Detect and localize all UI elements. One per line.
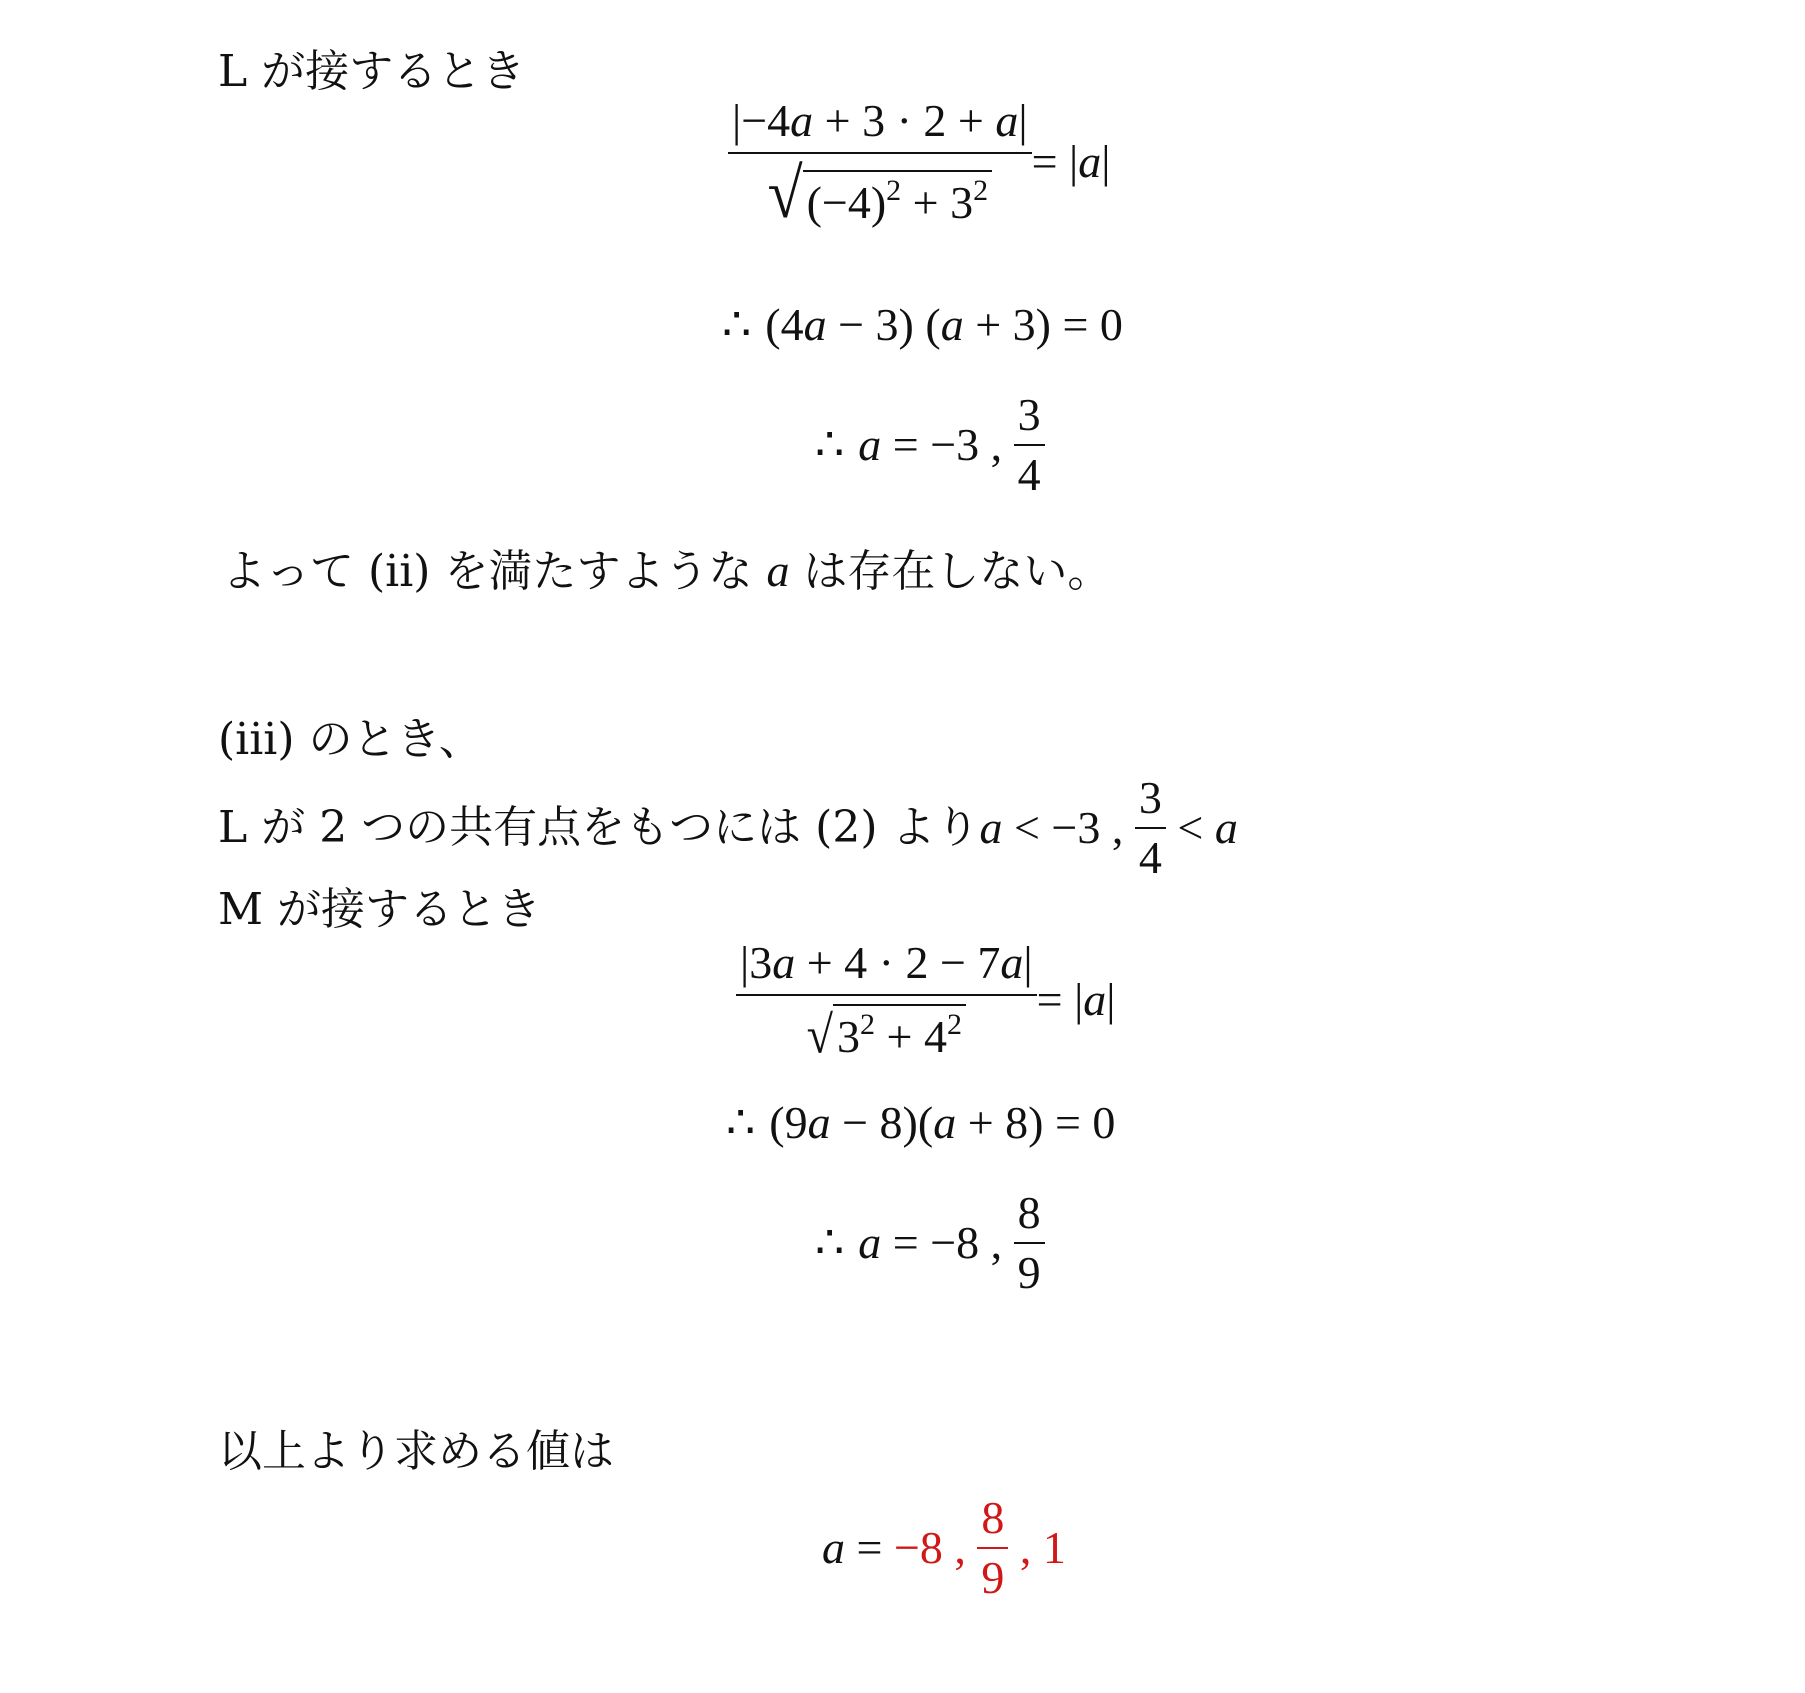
distance-equation-l: |−4a + 3 · 2 + a| √(−4)2 + 32 = |a| xyxy=(728,98,1110,226)
fraction-3-4: 34 xyxy=(1135,775,1166,881)
answer-value-1: , 1 xyxy=(1008,1525,1066,1571)
m-tangent-intro: M が接するとき xyxy=(218,888,541,932)
fraction-numerator: |−4a + 3 · 2 + a| xyxy=(728,98,1032,152)
solution-l: ∴a = −3 , 34 xyxy=(815,392,1045,498)
fraction-numerator: |3a + 4 · 2 − 7a| xyxy=(736,940,1037,994)
fraction-denominator: √32 + 42 xyxy=(803,996,970,1060)
square-root: √(−4)2 + 32 xyxy=(767,162,992,226)
answer-fraction-8-9: 89 xyxy=(977,1495,1008,1601)
distance-fraction: |−4a + 3 · 2 + a| √(−4)2 + 32 xyxy=(728,98,1032,226)
fraction-3-4: 34 xyxy=(1014,392,1045,498)
radical-sign-icon: √ xyxy=(807,1010,833,1063)
fraction-denominator: √(−4)2 + 32 xyxy=(763,154,996,226)
factored-equation-l: ∴(4a − 3) (a + 3) = 0 xyxy=(722,302,1123,348)
equation-rhs: = |a| xyxy=(1037,977,1116,1023)
therefore-symbol: ∴ xyxy=(722,299,751,350)
distance-equation-m: |3a + 4 · 2 − 7a| √32 + 42 = |a| xyxy=(736,940,1116,1060)
fraction-8-9: 89 xyxy=(1014,1190,1045,1296)
equation-rhs: = |a| xyxy=(1032,139,1111,185)
radical-sign-icon: √ xyxy=(767,159,802,229)
final-answer: a = −8 , 89 , 1 xyxy=(822,1495,1066,1601)
final-intro: 以上より求める値は xyxy=(218,1430,614,1474)
answer-value-neg8: −8 , xyxy=(894,1525,977,1571)
conclusion-ii: よって (ii) を満たすような a は存在しない。 xyxy=(222,548,1111,594)
distance-fraction: |3a + 4 · 2 − 7a| √32 + 42 xyxy=(736,940,1037,1060)
case-iii-intro: (iii) のとき、 xyxy=(218,718,483,762)
therefore-symbol: ∴ xyxy=(815,422,844,468)
square-root: √32 + 42 xyxy=(807,1004,966,1060)
therefore-symbol: ∴ xyxy=(726,1097,755,1148)
therefore-symbol: ∴ xyxy=(815,1220,844,1266)
solution-m: ∴a = −8 , 89 xyxy=(815,1190,1045,1296)
factored-equation-m: ∴(9a − 8)(a + 8) = 0 xyxy=(726,1100,1115,1146)
l-tangent-intro: L が接するとき xyxy=(218,50,525,94)
case-iii-condition: L が 2 つの共有点をもつには (2) より a < −3 , 34 < a xyxy=(218,775,1238,881)
